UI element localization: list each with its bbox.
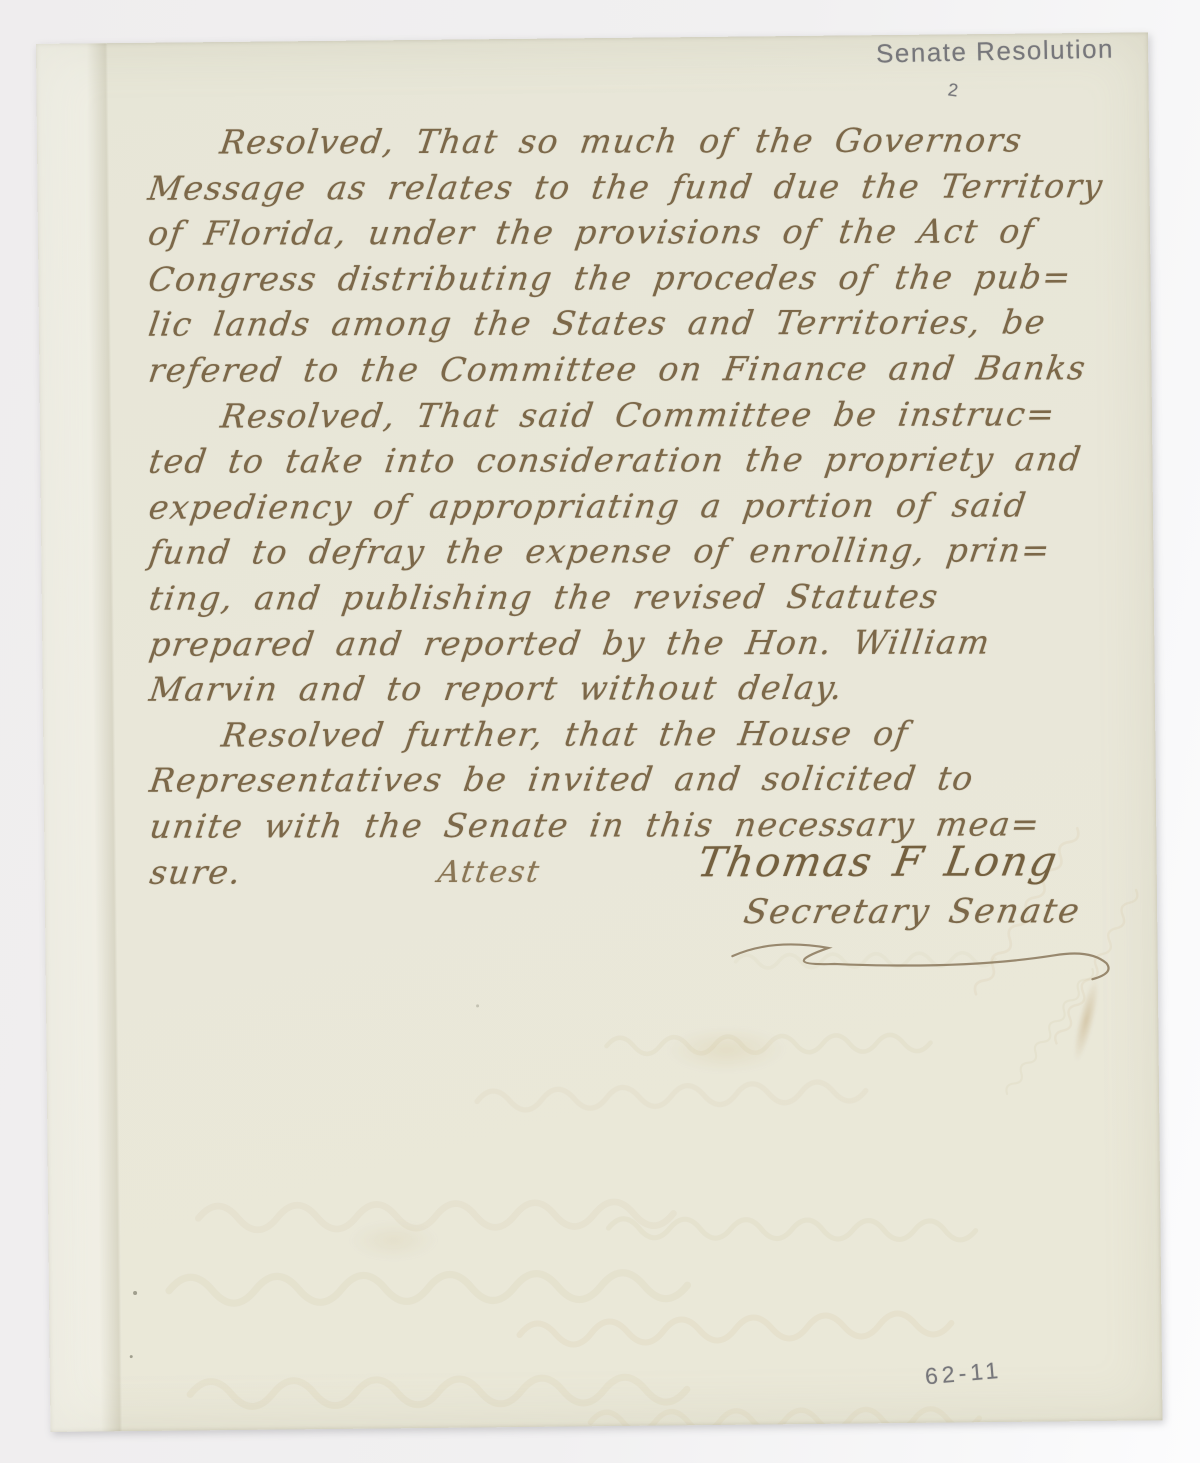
manuscript-line: Message as relates to the fund due the T… bbox=[145, 163, 1126, 211]
manuscript-line: of Florida, under the provisions of the … bbox=[145, 208, 1126, 256]
manuscript-line: Resolved further, that the House of bbox=[147, 710, 1128, 758]
manuscript-line: ted to take into consideration the propr… bbox=[146, 436, 1127, 484]
pencil-annotation-title: Senate Resolution bbox=[876, 34, 1115, 70]
scanned-document-page: Senate Resolution 2 62-11 bbox=[0, 0, 1200, 1463]
manuscript-line: expediency of appropriating a portion of… bbox=[146, 482, 1127, 530]
manuscript-line: prepared and reported by the Hon. Willia… bbox=[146, 619, 1127, 667]
manuscript-line: Marvin and to report without delay. bbox=[147, 664, 1128, 712]
manuscript-line: Congress distributing the procedes of th… bbox=[145, 254, 1126, 302]
manuscript-line: ting, and publishing the revised Statute… bbox=[146, 573, 1127, 621]
manuscript-line: Resolved, That so much of the Governors bbox=[145, 117, 1126, 165]
resolution-text: Resolved, That so much of the Governors … bbox=[148, 117, 1125, 895]
manuscript-line: fund to defray the expense of enrolling,… bbox=[146, 527, 1127, 575]
attest-label: Attest bbox=[436, 855, 543, 890]
manuscript-content: Resolved, That so much of the Governors … bbox=[36, 41, 1152, 1432]
manuscript-paper: Resolved, That so much of the Governors … bbox=[36, 32, 1162, 1432]
secretary-title: Secretary Senate bbox=[741, 891, 1084, 932]
manuscript-line: Resolved, That said Committee be instruc… bbox=[146, 391, 1127, 439]
secretary-signature: Thomas F Long bbox=[694, 837, 1062, 886]
signature-flourish bbox=[728, 929, 1128, 990]
manuscript-line: Representatives be invited and solicited… bbox=[147, 755, 1128, 803]
manuscript-line: lic lands among the States and Territori… bbox=[146, 300, 1127, 348]
manuscript-line: refered to the Committee on Finance and … bbox=[146, 345, 1127, 393]
